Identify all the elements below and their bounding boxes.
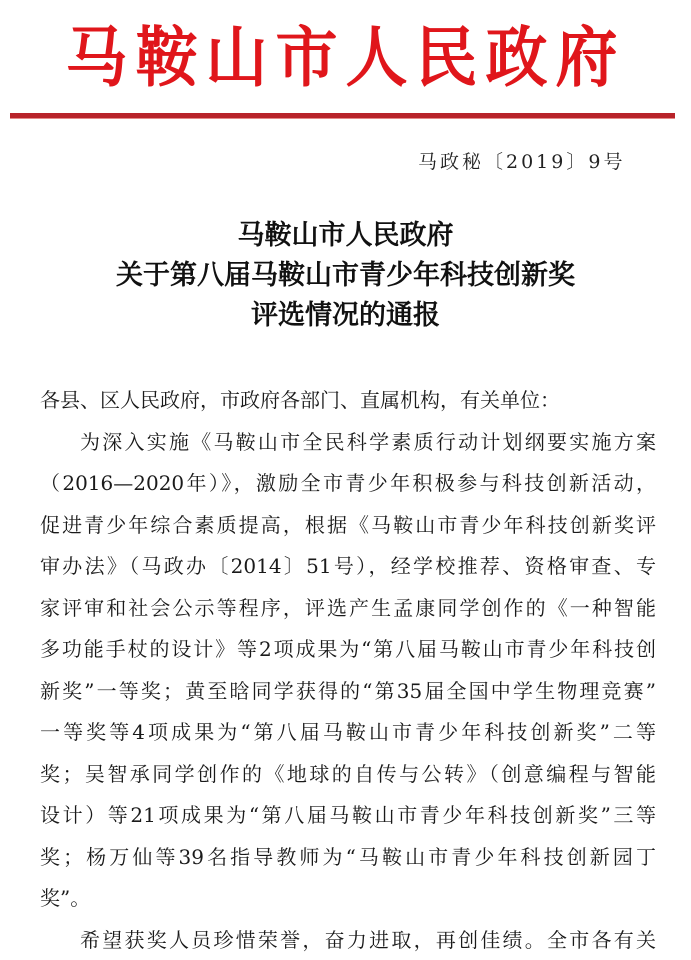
salutation: 各县、区人民政府，市政府各部门、直属机构，有关单位： (40, 380, 656, 422)
paragraph-line: 多功能手杖的设计》等2项成果为“第八届马鞍山市青少年科技创 (40, 629, 656, 671)
title-line: 关于第八届马鞍山市青少年科技创新奖 (0, 256, 691, 296)
title-line: 马鞍山市人民政府 (0, 216, 691, 256)
document-body: 各县、区人民政府，市政府各部门、直属机构，有关单位： 为深入实施《马鞍山市全民科… (40, 380, 656, 960)
paragraph-line: 设计）等21项成果为“第八届马鞍山市青少年科技创新奖”三等 (40, 795, 656, 837)
paragraph-line: （2016—2020年）》，激励全市青少年积极参与科技创新活动， (40, 463, 656, 505)
masthead-title: 马鞍山市人民政府 (0, 20, 691, 96)
document-title: 马鞍山市人民政府 关于第八届马鞍山市青少年科技创新奖 评选情况的通报 (0, 216, 691, 336)
paragraph-line: 新奖”一等奖；黄至晗同学获得的“第35届全国中学生物理竞赛” (40, 671, 656, 713)
paragraph-line: 奖；杨万仙等39名指导教师为“马鞍山市青少年科技创新园丁 (40, 837, 656, 879)
paragraph-line: 促进青少年综合素质提高，根据《马鞍山市青少年科技创新奖评 (40, 505, 656, 547)
paragraph-line: 家评审和社会公示等程序，评选产生孟康同学创作的《一种智能 (40, 588, 656, 630)
masthead-red-rule (10, 113, 675, 119)
document-page: 马鞍山市人民政府 马政秘〔2019〕9号 马鞍山市人民政府 关于第八届马鞍山市青… (0, 0, 691, 960)
paragraph-line: 奖；吴智承同学创作的《地球的自传与公转》（创意编程与智能 (40, 754, 656, 796)
paragraph-line: 希望获奖人员珍惜荣誉，奋力进取，再创佳绩。全市各有关 (40, 920, 656, 960)
paragraph-line: 为深入实施《马鞍山市全民科学素质行动计划纲要实施方案 (40, 422, 656, 464)
document-number: 马政秘〔2019〕9号 (418, 148, 658, 176)
paragraph-line: 奖”。 (40, 878, 656, 920)
paragraph-line: 一等奖等4项成果为“第八届马鞍山市青少年科技创新奖”二等 (40, 712, 656, 754)
paragraph-line: 审办法》（马政办〔2014〕51号），经学校推荐、资格审查、专 (40, 546, 656, 588)
title-line: 评选情况的通报 (0, 296, 691, 336)
